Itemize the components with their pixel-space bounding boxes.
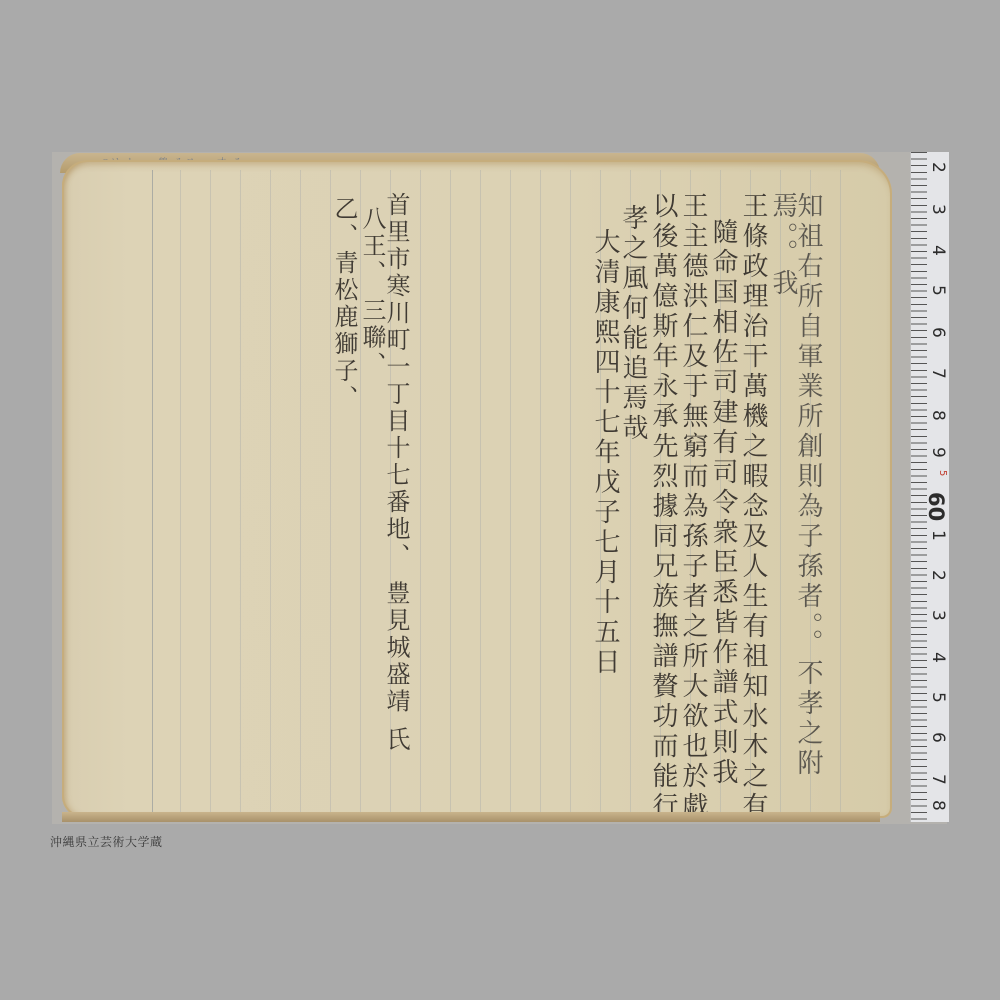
ruled-line (540, 170, 541, 812)
ruled-line (450, 170, 451, 812)
ruler-label: 1 (928, 530, 948, 541)
ruled-line (840, 170, 841, 812)
ruled-line (420, 170, 421, 812)
ruled-line (300, 170, 301, 812)
ruled-line (570, 170, 571, 812)
handwritten-column: 隨命国相佐司建有司令衆臣悉皆作譜式則我 (710, 218, 736, 788)
handwritten-column: 焉。。我 (770, 192, 796, 299)
handwritten-column: 以後萬億斯年永承先烈據同兄族撫譜贅功而能行仁 (650, 192, 676, 818)
notebook-page: 知祖右所自軍業所創則為子孫者。。不孝之附焉。。我王條政理治干萬機之暇念及人生有祖… (62, 160, 892, 818)
ruler-ticks (911, 152, 927, 822)
ruled-line (270, 170, 271, 812)
handwritten-column: 王主德洪仁及于無窮而為孫子者之所大欲也於戯自然 (680, 192, 706, 818)
ruler-label: 8 (928, 410, 948, 421)
ruled-line (180, 170, 181, 812)
ruler-label: 9 (928, 447, 948, 458)
handwritten-column: 首里市寒川町一丁目十七番地、 豊見城盛靖 氏 (384, 192, 408, 753)
handwritten-column: 八王、 三聯、 (360, 206, 384, 379)
ruler-label: 2 (928, 570, 948, 581)
ruler-label: 5 (928, 285, 948, 296)
ruled-line (240, 170, 241, 812)
handwritten-column: 知祖右所自軍業所創則為子孫者。。不孝之附 (795, 192, 821, 779)
collection-credit: 沖縄県立芸術大学蔵 (50, 833, 163, 850)
ruler-label: 6 (928, 732, 948, 743)
ruler-label: 6 (928, 327, 948, 338)
ruler-label: 8 (928, 800, 948, 811)
ruler-label: 5 (928, 692, 948, 703)
page-bottom-edge (62, 812, 880, 822)
ruler-label: 5 (928, 470, 948, 476)
ruler-label: 3 (928, 610, 948, 621)
ruled-line (152, 170, 153, 812)
ruler-label: 3 (928, 204, 948, 215)
ruled-line (510, 170, 511, 812)
ruled-line (480, 170, 481, 812)
ruler-label: 7 (928, 774, 948, 785)
ruled-line (210, 170, 211, 812)
ruler-label: 60 (928, 492, 948, 521)
ruler-label: 2 (928, 162, 948, 173)
ruler-label: 7 (928, 368, 948, 379)
ruler-label: 4 (928, 652, 948, 663)
handwritten-column: 王條政理治干萬機之暇念及人生有祖知水木之有源本矣 (740, 192, 766, 818)
handwritten-column: 孝之風何能追焉哉 (620, 204, 646, 444)
handwritten-column: 大清康熙四十七年戊子七月十五日 (592, 228, 618, 678)
measuring-ruler: 2345678956012345678 (910, 152, 949, 822)
handwritten-column: 乙、青松鹿獅子、 (332, 196, 356, 412)
ruler-label: 4 (928, 245, 948, 256)
